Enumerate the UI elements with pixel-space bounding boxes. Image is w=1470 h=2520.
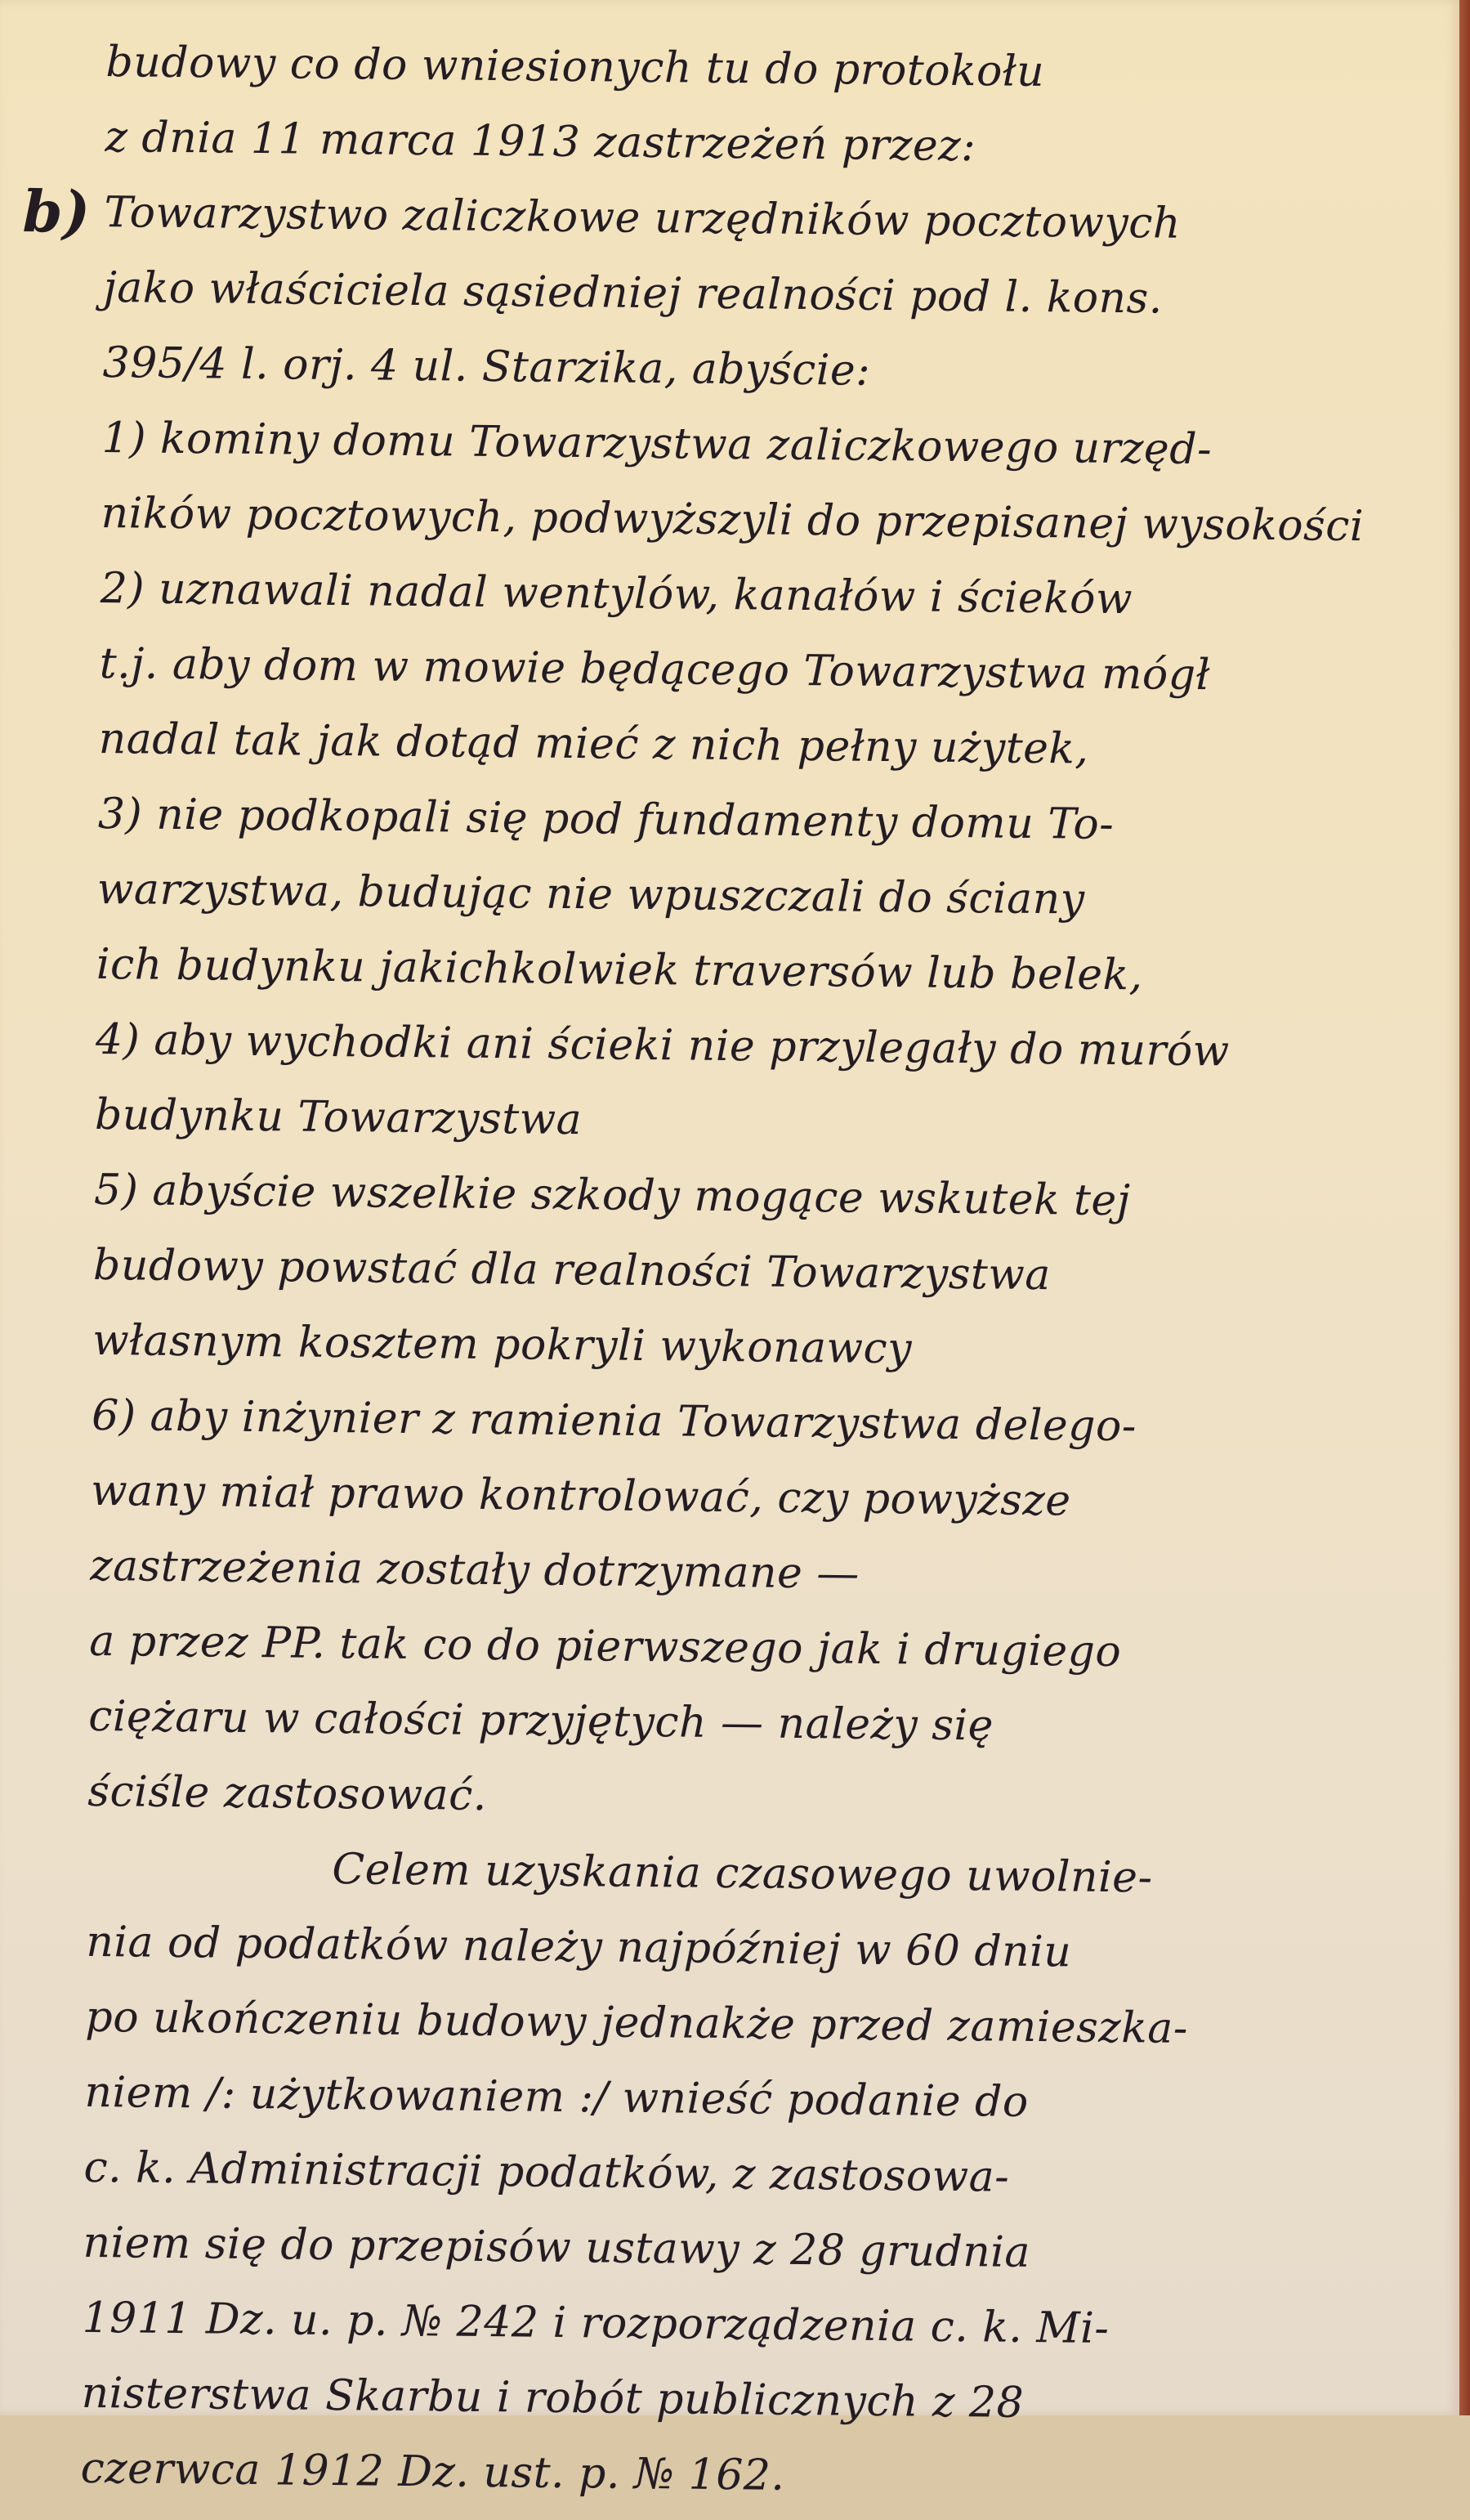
list-item-1: 1) kominy domu Towarzystwa zaliczkowego … <box>101 401 1410 490</box>
text-line: c. k. Administracji podatków, z zastosow… <box>83 2130 1392 2219</box>
list-item-4: 4) aby wychodki ani ścieki nie przylegał… <box>96 1002 1404 1091</box>
text-line: a przez PP. tak co do pierwszego jak i d… <box>89 1604 1397 1693</box>
text-line: nadal tak jak dotąd mieć z nich pełny uż… <box>98 701 1406 790</box>
text-line: ciężaru w całości przyjętych — należy si… <box>88 1679 1396 1768</box>
text-line: ników pocztowych, podwyższyli do przepis… <box>101 476 1409 565</box>
text-line: zastrzeżenia zostały dotrzymane — <box>90 1529 1398 1618</box>
list-item-3: 3) nie podkopali się pod fundamenty domu… <box>97 777 1405 866</box>
text-line: b) Towarzystwo zaliczkowe urzędników poc… <box>104 175 1412 264</box>
text-line: 1911 Dz. u. p. № 242 i rozporządzenia c.… <box>82 2281 1390 2370</box>
text-line: jako właściciela sąsiedniej realności po… <box>103 250 1411 339</box>
section-marker: b) <box>22 174 91 250</box>
text-line: niem się do przepisów ustawy z 28 grudni… <box>83 2205 1391 2294</box>
text-line: po ukończeniu budowy jednakże przed zami… <box>85 1980 1393 2069</box>
page-edge <box>1459 0 1470 2415</box>
text-line: wany miał prawo kontrolować, czy powyższ… <box>91 1453 1399 1542</box>
text-line: ściśle zastosować. <box>87 1754 1396 1843</box>
handwritten-text-block: budowy co do wniesionych tu do protokołu… <box>80 25 1414 2415</box>
list-item-6: 6) aby inżynier z ramienia Towarzystwa d… <box>92 1378 1400 1467</box>
paragraph-start: Celem uzyskania czasowego uwolnie- <box>87 1829 1395 1918</box>
list-item-2: 2) uznawali nadal wentylów, kanałów i śc… <box>100 551 1408 640</box>
text-line: budowy co do wniesionych tu do protokołu <box>105 25 1414 114</box>
list-item-5: 5) abyście wszelkie szkody mogące wskute… <box>94 1153 1402 1242</box>
text-line-content: Towarzystwo zaliczkowe urzędników poczto… <box>104 188 1181 248</box>
text-line: niem /: użytkowaniem :/ wnieść podanie d… <box>84 2055 1392 2144</box>
text-line: ich budynku jakichkolwiek traversów lub … <box>96 927 1404 1016</box>
text-line: warzystwa, budując nie wpuszczali do ści… <box>96 852 1405 941</box>
text-line: z dnia 11 marca 1913 zastrzeżeń przez: <box>105 100 1413 189</box>
text-line: nia od podatków należy najpóźniej w 60 d… <box>86 1905 1394 1994</box>
text-line: 395/4 l. orj. 4 ul. Starzika, abyście: <box>102 325 1410 414</box>
text-line: własnym kosztem pokryli wykonawcy <box>92 1303 1401 1392</box>
text-line: t.j. aby dom w mowie będącego Towarzystw… <box>99 626 1407 715</box>
manuscript-page: budowy co do wniesionych tu do protokołu… <box>0 0 1459 2415</box>
text-line: budowy powstać dla realności Towarzystwa <box>93 1228 1401 1317</box>
text-line: budynku Towarzystwa <box>95 1077 1403 1166</box>
